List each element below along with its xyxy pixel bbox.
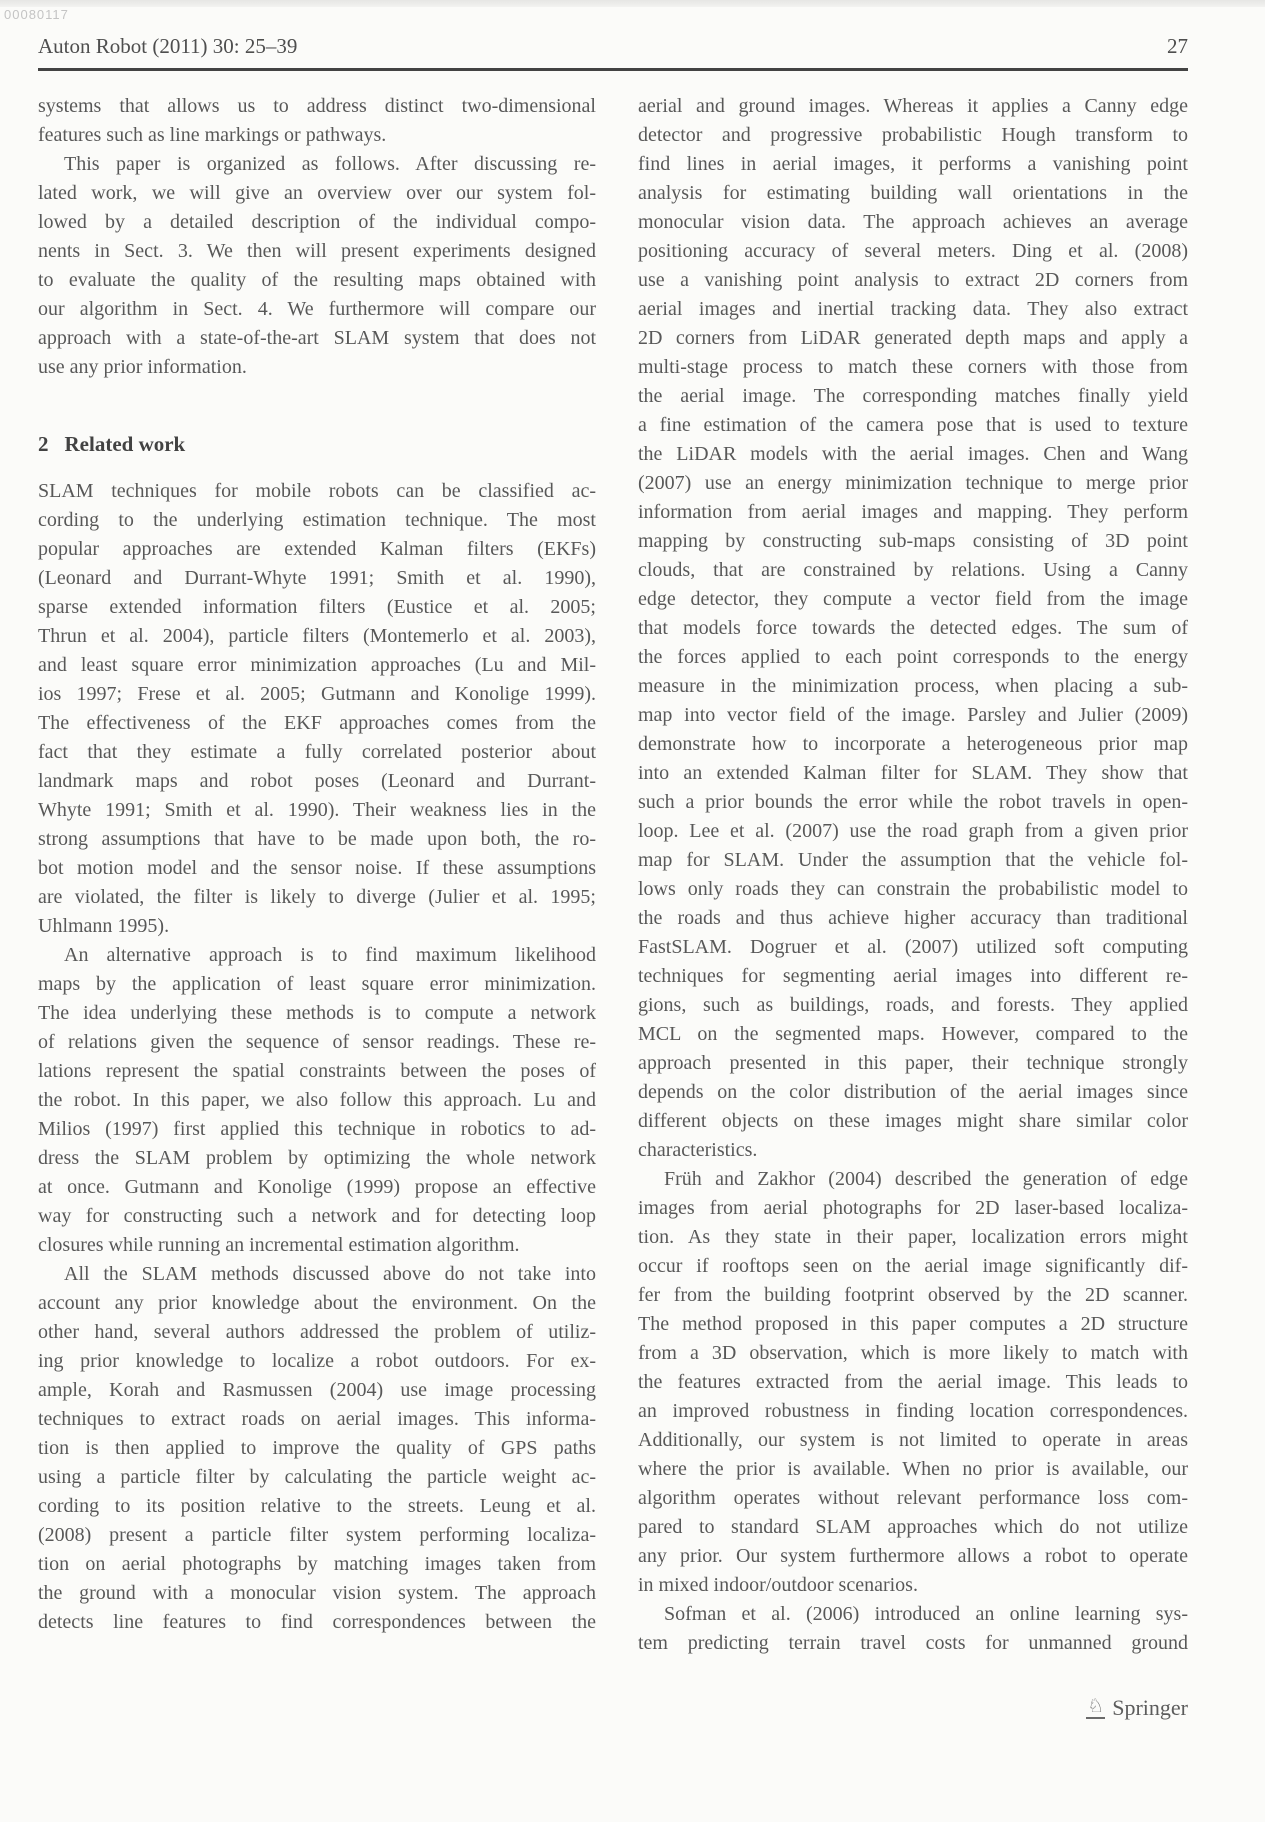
text-line: Milios (1997) first applied this techniq…: [38, 1115, 596, 1144]
paragraph: An alternative approach is to find maxim…: [38, 941, 596, 1260]
text-line: FastSLAM. Dogruer et al. (2007) utilized…: [638, 933, 1188, 962]
text-line: from a 3D observation, which is more lik…: [638, 1339, 1188, 1368]
text-line: clouds, that are constrained by relation…: [638, 556, 1188, 585]
text-line: tion. As they state in their paper, loca…: [638, 1223, 1188, 1252]
text-line: aerial and ground images. Whereas it app…: [638, 92, 1188, 121]
springer-knight-icon: ♘: [1086, 1697, 1105, 1719]
text-line: cording to the underlying estimation tec…: [38, 506, 596, 535]
text-line: nents in Sect. 3. We then will present e…: [38, 237, 596, 266]
text-line: detector and progressive probabilistic H…: [638, 121, 1188, 150]
text-line: (2007) use an energy minimization techni…: [638, 469, 1188, 498]
text-line: at once. Gutmann and Konolige (1999) pro…: [38, 1173, 596, 1202]
scan-artifact-number: 00080117: [4, 7, 69, 22]
section-heading: 2Related work: [38, 430, 596, 459]
text-line: any prior. Our system furthermore allows…: [638, 1542, 1188, 1571]
text-line: different objects on these images might …: [638, 1107, 1188, 1136]
text-line: The effectiveness of the EKF approaches …: [38, 709, 596, 738]
text-line: strong assumptions that have to be made …: [38, 825, 596, 854]
text-line: ample, Korah and Rasmussen (2004) use im…: [38, 1376, 596, 1405]
text-line: SLAM techniques for mobile robots can be…: [38, 477, 596, 506]
text-line: fer from the building footprint observed…: [638, 1281, 1188, 1310]
text-line: pared to standard SLAM approaches which …: [638, 1513, 1188, 1542]
text-line: gions, such as buildings, roads, and for…: [638, 991, 1188, 1020]
text-line: the roads and thus achieve higher accura…: [638, 904, 1188, 933]
text-line: depends on the color distribution of the…: [638, 1078, 1188, 1107]
text-line: an improved robustness in finding locati…: [638, 1397, 1188, 1426]
text-line: occur if rooftops seen on the aerial ima…: [638, 1252, 1188, 1281]
text-line: the LiDAR models with the aerial images.…: [638, 440, 1188, 469]
text-line: map for SLAM. Under the assumption that …: [638, 846, 1188, 875]
journal-reference: Auton Robot (2011) 30: 25–39: [38, 34, 297, 58]
text-line: that models force towards the detected e…: [638, 614, 1188, 643]
paragraph: aerial and ground images. Whereas it app…: [638, 92, 1188, 1165]
text-line: (2008) present a particle filter system …: [38, 1521, 596, 1550]
text-line: demonstrate how to incorporate a heterog…: [638, 730, 1188, 759]
text-line: features such as line markings or pathwa…: [38, 121, 596, 150]
paragraph: systems that allows us to address distin…: [38, 92, 596, 150]
scan-edge-band: [0, 0, 1265, 7]
text-line: such a prior bounds the error while the …: [638, 788, 1188, 817]
text-line: techniques to extract roads on aerial im…: [38, 1405, 596, 1434]
text-line: our algorithm in Sect. 4. We furthermore…: [38, 295, 596, 324]
header-rule: [38, 68, 1188, 71]
text-line: in mixed indoor/outdoor scenarios.: [638, 1571, 1188, 1600]
text-line: the ground with a monocular vision syste…: [38, 1579, 596, 1608]
text-line: An alternative approach is to find maxim…: [38, 941, 596, 970]
text-line: dress the SLAM problem by optimizing the…: [38, 1144, 596, 1173]
article-body: systems that allows us to address distin…: [38, 92, 1188, 1658]
text-line: techniques for segmenting aerial images …: [638, 962, 1188, 991]
text-line: (Leonard and Durrant-Whyte 1991; Smith e…: [38, 564, 596, 593]
text-line: Additionally, our system is not limited …: [638, 1426, 1188, 1455]
text-line: detects line features to find correspond…: [38, 1608, 596, 1637]
text-line: tion on aerial photographs by matching i…: [38, 1550, 596, 1579]
paragraph: Sofman et al. (2006) introduced an onlin…: [638, 1600, 1188, 1658]
text-line: map into vector field of the image. Pars…: [638, 701, 1188, 730]
page-header: Auton Robot (2011) 30: 25–39 27: [38, 34, 1188, 58]
text-line: ios 1997; Frese et al. 2005; Gutmann and…: [38, 680, 596, 709]
text-line: the features extracted from the aerial i…: [638, 1368, 1188, 1397]
text-line: mapping by constructing sub-maps consist…: [638, 527, 1188, 556]
text-line: multi-stage process to match these corne…: [638, 353, 1188, 382]
text-line: This paper is organized as follows. Afte…: [38, 150, 596, 179]
text-line: monocular vision data. The approach achi…: [638, 208, 1188, 237]
text-line: to evaluate the quality of the resulting…: [38, 266, 596, 295]
text-line: Thrun et al. 2004), particle filters (Mo…: [38, 622, 596, 651]
text-line: Uhlmann 1995).: [38, 912, 596, 941]
text-line: characteristics.: [638, 1136, 1188, 1165]
text-line: using a particle filter by calculating t…: [38, 1463, 596, 1492]
text-line: bot motion model and the sensor noise. I…: [38, 854, 596, 883]
text-line: Whyte 1991; Smith et al. 1990). Their we…: [38, 796, 596, 825]
text-line: positioning accuracy of several meters. …: [638, 237, 1188, 266]
paragraph: All the SLAM methods discussed above do …: [38, 1260, 596, 1637]
text-line: cording to its position relative to the …: [38, 1492, 596, 1521]
text-line: lated work, we will give an overview ove…: [38, 179, 596, 208]
text-line: lows only roads they can constrain the p…: [638, 875, 1188, 904]
text-line: tem predicting terrain travel costs for …: [638, 1629, 1188, 1658]
left-column: systems that allows us to address distin…: [38, 92, 596, 1637]
text-line: 2D corners from LiDAR generated depth ma…: [638, 324, 1188, 353]
text-line: where the prior is available. When no pr…: [638, 1455, 1188, 1484]
text-line: edge detector, they compute a vector fie…: [638, 585, 1188, 614]
text-line: use a vanishing point analysis to extrac…: [638, 266, 1188, 295]
text-line: tion is then applied to improve the qual…: [38, 1434, 596, 1463]
text-line: way for constructing such a network and …: [38, 1202, 596, 1231]
page: Auton Robot (2011) 30: 25–39 27 systems …: [38, 34, 1188, 1658]
text-line: are violated, the filter is likely to di…: [38, 883, 596, 912]
text-line: approach with a state-of-the-art SLAM sy…: [38, 324, 596, 353]
paragraph: SLAM techniques for mobile robots can be…: [38, 477, 596, 941]
text-line: images from aerial photographs for 2D la…: [638, 1194, 1188, 1223]
text-line: popular approaches are extended Kalman f…: [38, 535, 596, 564]
text-line: aerial images and inertial tracking data…: [638, 295, 1188, 324]
text-line: The idea underlying these methods is to …: [38, 999, 596, 1028]
text-line: systems that allows us to address distin…: [38, 92, 596, 121]
text-line: MCL on the segmented maps. However, comp…: [638, 1020, 1188, 1049]
text-line: algorithm operates without relevant perf…: [638, 1484, 1188, 1513]
text-line: information from aerial images and mappi…: [638, 498, 1188, 527]
paragraph: Früh and Zakhor (2004) described the gen…: [638, 1165, 1188, 1600]
text-line: the aerial image. The corresponding matc…: [638, 382, 1188, 411]
text-line: The method proposed in this paper comput…: [638, 1310, 1188, 1339]
text-line: Sofman et al. (2006) introduced an onlin…: [638, 1600, 1188, 1629]
text-line: other hand, several authors addressed th…: [38, 1318, 596, 1347]
text-line: fact that they estimate a fully correlat…: [38, 738, 596, 767]
text-line: ing prior knowledge to localize a robot …: [38, 1347, 596, 1376]
text-line: Früh and Zakhor (2004) described the gen…: [638, 1165, 1188, 1194]
paragraph: This paper is organized as follows. Afte…: [38, 150, 596, 382]
text-line: find lines in aerial images, it performs…: [638, 150, 1188, 179]
text-line: of relations given the sequence of senso…: [38, 1028, 596, 1057]
text-line: lations represent the spatial constraint…: [38, 1057, 596, 1086]
section-title: Related work: [65, 432, 186, 456]
text-line: lowed by a detailed description of the i…: [38, 208, 596, 237]
publisher-footer: ♘ Springer: [1086, 1695, 1188, 1721]
text-line: measure in the minimization process, whe…: [638, 672, 1188, 701]
right-column: aerial and ground images. Whereas it app…: [638, 92, 1188, 1658]
text-line: into an extended Kalman filter for SLAM.…: [638, 759, 1188, 788]
text-line: a fine estimation of the camera pose tha…: [638, 411, 1188, 440]
text-line: account any prior knowledge about the en…: [38, 1289, 596, 1318]
text-line: landmark maps and robot poses (Leonard a…: [38, 767, 596, 796]
text-line: closures while running an incremental es…: [38, 1231, 596, 1260]
page-number: 27: [1167, 34, 1188, 58]
text-line: and least square error minimization appr…: [38, 651, 596, 680]
text-line: sparse extended information filters (Eus…: [38, 593, 596, 622]
text-line: use any prior information.: [38, 353, 596, 382]
text-line: maps by the application of least square …: [38, 970, 596, 999]
section-number: 2: [38, 432, 49, 456]
text-line: loop. Lee et al. (2007) use the road gra…: [638, 817, 1188, 846]
text-line: approach presented in this paper, their …: [638, 1049, 1188, 1078]
text-line: analysis for estimating building wall or…: [638, 179, 1188, 208]
publisher-name: Springer: [1112, 1695, 1188, 1721]
text-line: All the SLAM methods discussed above do …: [38, 1260, 596, 1289]
text-line: the forces applied to each point corresp…: [638, 643, 1188, 672]
text-line: the robot. In this paper, we also follow…: [38, 1086, 596, 1115]
